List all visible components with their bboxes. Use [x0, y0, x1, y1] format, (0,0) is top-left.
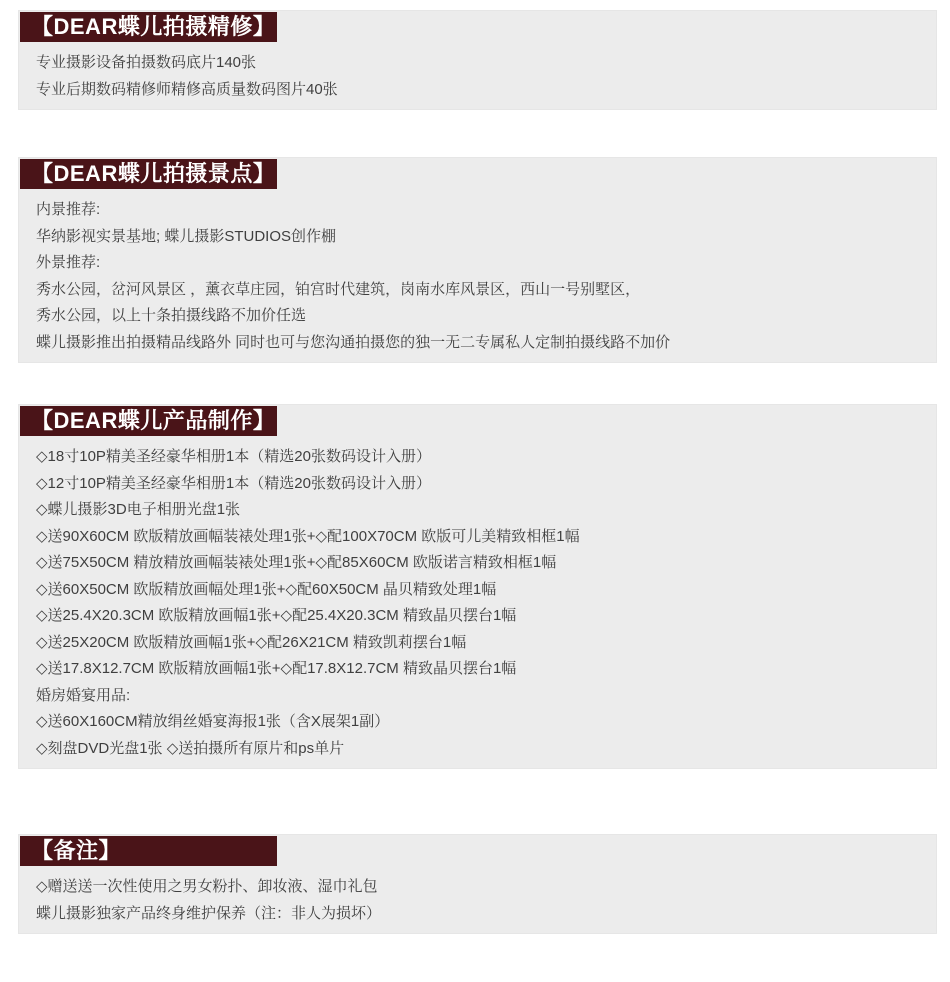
section-locations: 【DEAR蝶儿拍摄景点】 内景推荐:华纳影视实景基地; 蝶儿摄影STUDIOS创…: [18, 157, 937, 363]
content-line: ◇送25X20CM 欧版精放画幅1张+◇配26X21CM 精致凯莉摆台1幅: [36, 630, 916, 657]
content-line: ◇送90X60CM 欧版精放画幅装裱处理1张+◇配100X70CM 欧版可儿美精…: [36, 524, 916, 551]
content-line: ◇刻盘DVD光盘1张 ◇送拍摄所有原片和ps单片: [36, 736, 916, 763]
section-title-bar: 【DEAR蝶儿拍摄精修】: [20, 12, 277, 42]
content-line: 专业后期数码精修师精修高质量数码图片40张: [36, 77, 916, 104]
content-line: 内景推荐:: [36, 197, 916, 224]
content-line: 外景推荐:: [36, 250, 916, 277]
content-line: 婚房婚宴用品:: [36, 683, 916, 710]
content-line: ◇送17.8X12.7CM 欧版精放画幅1张+◇配17.8X12.7CM 精致晶…: [36, 656, 916, 683]
section-title-bar: 【备注】: [20, 836, 277, 866]
content-line: 秀水公园，以上十条拍摄线路不加价任选: [36, 303, 916, 330]
content-line: 专业摄影设备拍摄数码底片140张: [36, 50, 916, 77]
content-line: ◇18寸10P精美圣经豪华相册1本（精选20张数码设计入册）: [36, 444, 916, 471]
content-line: 华纳影视实景基地; 蝶儿摄影STUDIOS创作棚: [36, 224, 916, 251]
content-line: ◇蝶儿摄影3D电子相册光盘1张: [36, 497, 916, 524]
section-content: 内景推荐:华纳影视实景基地; 蝶儿摄影STUDIOS创作棚外景推荐:秀水公园，岔…: [19, 189, 936, 362]
section-title: 【DEAR蝶儿拍摄精修】: [31, 14, 275, 39]
section-title: 【DEAR蝶儿产品制作】: [31, 408, 275, 433]
content-line: ◇12寸10P精美圣经豪华相册1本（精选20张数码设计入册）: [36, 471, 916, 498]
content-line: ◇送75X50CM 精放精放画幅装裱处理1张+◇配85X60CM 欧版诺言精致相…: [36, 550, 916, 577]
content-line: ◇送60X50CM 欧版精放画幅处理1张+◇配60X50CM 晶贝精致处理1幅: [36, 577, 916, 604]
content-line: ◇送60X160CM精放绢丝婚宴海报1张（含X展架1副）: [36, 709, 916, 736]
section-title-bar: 【DEAR蝶儿产品制作】: [20, 406, 277, 436]
section-retouch: 【DEAR蝶儿拍摄精修】 专业摄影设备拍摄数码底片140张专业后期数码精修师精修…: [18, 10, 937, 110]
section-title-bar: 【DEAR蝶儿拍摄景点】: [20, 159, 277, 189]
content-line: 蝶儿摄影推出拍摄精品线路外 同时也可与您沟通拍摄您的独一无二专属私人定制拍摄线路…: [36, 330, 916, 357]
section-notes: 【备注】 ◇赠送送一次性使用之男女粉扑、卸妆液、湿巾礼包蝶儿摄影独家产品终身维护…: [18, 834, 937, 934]
section-content: ◇18寸10P精美圣经豪华相册1本（精选20张数码设计入册）◇12寸10P精美圣…: [19, 436, 936, 768]
content-line: ◇赠送送一次性使用之男女粉扑、卸妆液、湿巾礼包: [36, 874, 916, 901]
section-title: 【备注】: [31, 838, 121, 863]
section-content: ◇赠送送一次性使用之男女粉扑、卸妆液、湿巾礼包蝶儿摄影独家产品终身维护保养（注：…: [19, 866, 936, 933]
section-content: 专业摄影设备拍摄数码底片140张专业后期数码精修师精修高质量数码图片40张: [19, 42, 936, 109]
content-line: 秀水公园，岔河风景区 ，薰衣草庄园，铂宫时代建筑，岗南水库风景区，西山一号别墅区…: [36, 277, 916, 304]
page: 【DEAR蝶儿拍摄精修】 专业摄影设备拍摄数码底片140张专业后期数码精修师精修…: [0, 0, 950, 982]
content-line: 蝶儿摄影独家产品终身维护保养（注：非人为损坏）: [36, 901, 916, 928]
section-title: 【DEAR蝶儿拍摄景点】: [31, 161, 275, 186]
content-line: ◇送25.4X20.3CM 欧版精放画幅1张+◇配25.4X20.3CM 精致晶…: [36, 603, 916, 630]
section-products: 【DEAR蝶儿产品制作】 ◇18寸10P精美圣经豪华相册1本（精选20张数码设计…: [18, 404, 937, 769]
